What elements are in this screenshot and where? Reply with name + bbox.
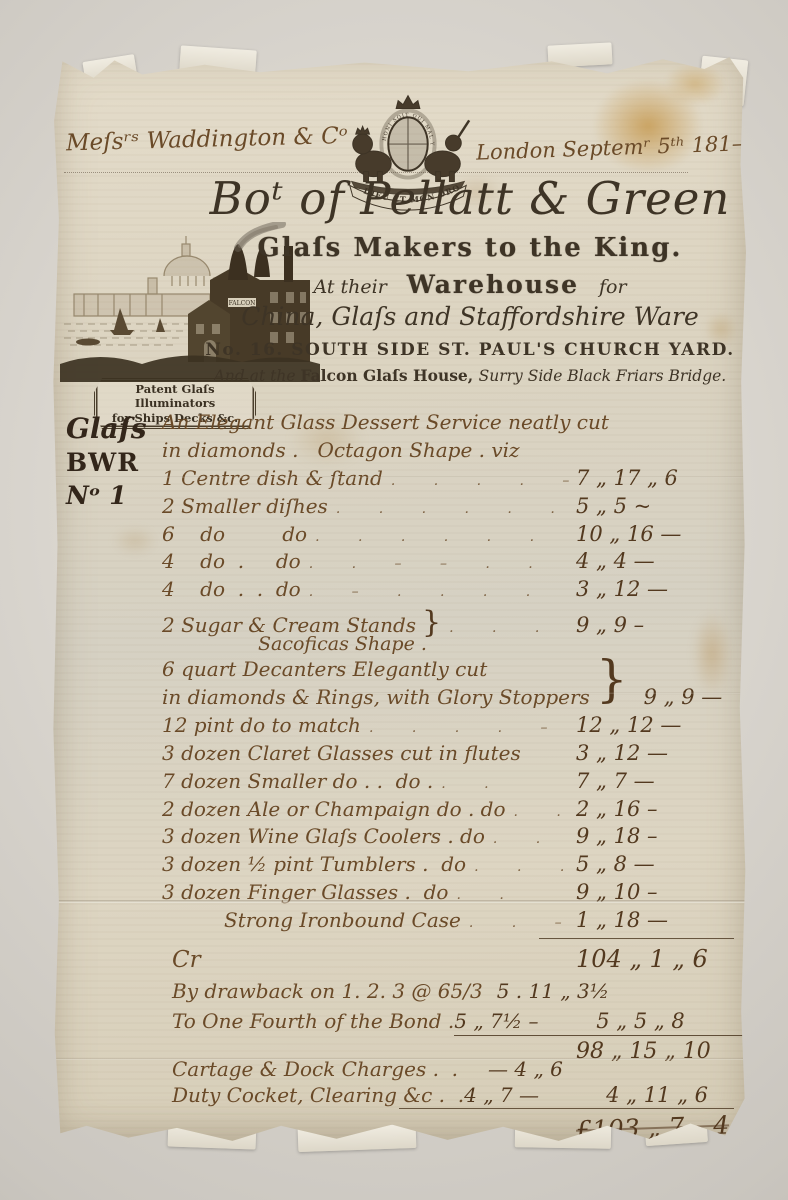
churchyard-address: No. 16. SOUTH SIDE ST. PAUL'S CHURCH YAR… xyxy=(198,340,742,360)
line-item: 3 dozen ½ pint Tumblers . do. . .5 „ 8 — xyxy=(162,852,734,880)
place-and-date: London Septemʳ 5ᵗʰ 181– xyxy=(476,131,743,164)
cartage-desc: Cartage & Dock Charges . . xyxy=(162,1057,458,1081)
stain xyxy=(112,526,158,556)
for-text: for xyxy=(599,276,627,298)
line-item: 2 dozen Ale or Champaign do . do. . .2 „… xyxy=(162,797,734,825)
at-their-text: At their xyxy=(313,276,386,298)
wares-line: China, Glaſs and Staffordshire Ware xyxy=(198,302,742,331)
item-amount: 5 „ 5 ~ xyxy=(576,494,734,518)
subtotal-amount: 104 „ 1 „ 6 xyxy=(576,945,734,973)
item-amount: 4 „ 4 — xyxy=(576,549,734,573)
item-desc: 1 Centre dish & ſtand xyxy=(162,466,383,490)
line-item: 2 Sugar & Cream Stands}. . . .9 „ 9 – xyxy=(162,605,734,633)
item-desc: 6 quart Decanters Elegantly cut xyxy=(162,657,487,681)
dot-leaders: . . – – . . xyxy=(301,556,576,572)
item-desc: An Elegant Glass Dessert Service neatly … xyxy=(162,410,609,434)
dot-leaders: . – . . . . xyxy=(301,584,576,600)
duty-desc: Duty Cocket, Clearing &c . . xyxy=(162,1083,464,1107)
photo-backdrop: Meſsʳˢ Waddington & Cᵒ London Septemʳ 5ᵗ… xyxy=(0,0,788,1200)
credit-label: Cr xyxy=(162,947,201,973)
line-item: Strong Ironbound Case. . – . .1 „ 18 — xyxy=(162,908,734,936)
dot-leaders: . . . . xyxy=(441,620,576,636)
line-item: in diamonds . Octagon Shape . viz xyxy=(162,438,734,466)
dot-leaders: . . – . . xyxy=(461,915,576,931)
item-amount: 7 „ 7 — xyxy=(576,769,734,793)
drawback-row: By drawback on 1. 2. 3 @ 65/3 5 . 11 „ 3… xyxy=(162,979,734,1009)
line-item: 3 dozen Wine Glaſs Coolers . do. .9 „ 18… xyxy=(162,824,734,852)
item-desc: 3 dozen Finger Glasses . do xyxy=(162,880,448,904)
margin-glass: Glaſs xyxy=(66,411,147,447)
item-desc: in diamonds & Rings, with Glory Stoppers xyxy=(162,685,590,709)
bond-mid-amount: 5 „ 7½ – xyxy=(454,1009,596,1033)
carried-row: 98 „ 15 „ 10 xyxy=(162,1039,734,1057)
bond-desc: To One Fourth of the Bond . xyxy=(162,1009,454,1033)
falcon-house-text: Falcon Glaſs House, xyxy=(300,366,478,385)
dot-leaders: . . . . . . xyxy=(307,529,576,545)
dot-leaders: . . . . – – xyxy=(361,720,576,736)
cartage-amount: — 4 „ 6 xyxy=(458,1057,630,1081)
item-amount: 7 „ 17 „ 6 xyxy=(576,466,734,490)
and-at-the-text: And at the xyxy=(214,367,301,385)
invoice-document: Meſsʳˢ Waddington & Cᵒ London Septemʳ 5ᵗ… xyxy=(52,56,746,1142)
item-desc: 2 Smaller diſhes xyxy=(162,494,328,518)
line-items: An Elegant Glass Dessert Service neatly … xyxy=(162,410,734,1147)
line-item: 4 do . do. . – – . .4 „ 4 — xyxy=(162,549,734,577)
bridge-text: Surry Side Black Friars Bridge. xyxy=(479,367,727,385)
line-item: in diamonds & Rings, with Glory Stoppers… xyxy=(162,685,734,713)
item-desc: in diamonds . Octagon Shape . viz xyxy=(162,438,520,462)
item-amount: 5 „ 8 — xyxy=(576,852,734,876)
bond-values: 5 „ 7½ – 5 „ 5 „ 8 xyxy=(454,1009,754,1036)
item-amount: 12 „ 12 — xyxy=(576,713,734,737)
dot-leaders: . . . . . . . xyxy=(328,501,576,517)
item-amount: 2 „ 16 – xyxy=(576,797,734,821)
drawback-desc: By drawback on 1. 2. 3 @ 65/3 xyxy=(162,979,483,1003)
dot-leaders: . . . . – – xyxy=(383,473,576,489)
grand-total-rule xyxy=(399,1108,734,1109)
item-desc: 3 dozen Claret Glasses cut in flutes xyxy=(162,741,521,765)
line-item: 2 Smaller diſhes. . . . . . .5 „ 5 ~ xyxy=(162,494,734,522)
warehouse-text: Warehouse xyxy=(407,270,579,299)
dot-leaders: . . xyxy=(433,776,576,792)
duty-amount: 4 „ 11 „ 6 xyxy=(606,1083,764,1107)
item-desc: 4 do . do xyxy=(162,549,301,573)
masthead: Boᵗ of Pellatt & Green Glaſs Makers to t… xyxy=(198,174,742,385)
falcon-address: And at the Falcon Glaſs House, Surry Sid… xyxy=(198,366,742,385)
item-desc: 3 dozen ½ pint Tumblers . do xyxy=(162,852,466,876)
bought-of-title: Boᵗ of Pellatt & Green xyxy=(198,174,742,224)
item-desc: 3 dozen Wine Glaſs Coolers . do xyxy=(162,824,485,848)
item-amount: 9 „ 18 – xyxy=(576,824,734,848)
item-desc: Sacoficas Shape . xyxy=(258,633,427,655)
line-item: 3 dozen Claret Glasses cut in flutes3 „ … xyxy=(162,741,734,769)
subtotal-rule xyxy=(539,938,734,939)
line-item: 6 do do. . . . . .10 „ 16 — xyxy=(162,522,734,550)
duty-row: Duty Cocket, Clearing &c . . 4 „ 7 — 4 „… xyxy=(162,1083,734,1107)
margin-bwr: BWR xyxy=(66,447,147,480)
item-amount: 9 „ 9 – xyxy=(576,613,734,637)
line-item: 4 do . . do. – . . . .3 „ 12 — xyxy=(162,577,734,605)
item-desc: Strong Ironbound Case xyxy=(224,908,461,932)
line-item: An Elegant Glass Dessert Service neatly … xyxy=(162,410,734,438)
dot-leaders: . . xyxy=(448,887,576,903)
drawback-amount: 5 . 11 „ 3½ xyxy=(483,979,639,1003)
bond-amount: 5 „ 5 „ 8 xyxy=(596,1009,754,1033)
item-amount: 9 „ 9 — xyxy=(644,685,788,709)
line-item: 3 dozen Finger Glasses . do. .9 „ 10 – xyxy=(162,880,734,908)
warehouse-line: At their Warehouse for xyxy=(198,270,742,299)
patent-line1: Patent Glaſs Illuminators xyxy=(99,382,251,411)
margin-number: Nᵒ 1 xyxy=(66,480,147,513)
line-item: 7 dozen Smaller do . . do .. .7 „ 7 — xyxy=(162,769,734,797)
glass-makers-subtitle: Glaſs Makers to the King. xyxy=(198,233,742,263)
bond-row: To One Fourth of the Bond . 5 „ 7½ – 5 „… xyxy=(162,1009,734,1039)
item-amount: 3 „ 12 — xyxy=(576,741,734,765)
item-desc: 12 pint do to match xyxy=(162,713,361,737)
item-amount: 1 „ 18 — xyxy=(576,908,734,932)
dot-leaders: . . xyxy=(485,831,576,847)
line-item: 12 pint do to match. . . . – –12 „ 12 — xyxy=(162,713,734,741)
item-amount: 9 „ 10 – xyxy=(576,880,734,904)
subtotal-row: Cr 104 „ 1 „ 6 xyxy=(162,945,734,979)
line-item: 1 Centre dish & ſtand. . . . – –7 „ 17 „… xyxy=(162,466,734,494)
margin-annotation: Glaſs BWR Nᵒ 1 xyxy=(66,411,147,512)
dot-leaders: . . . xyxy=(506,804,576,820)
item-desc: 7 dozen Smaller do . . do . xyxy=(162,769,433,793)
stain xyxy=(664,62,726,106)
item-desc: 4 do . . do xyxy=(162,577,301,601)
crown-icon xyxy=(396,96,420,109)
item-desc: 2 dozen Ale or Champaign do . do xyxy=(162,797,506,821)
line-item: 6 quart Decanters Elegantly cut xyxy=(162,657,734,685)
item-amount: 10 „ 16 — xyxy=(576,522,734,546)
duty-mid-amount: 4 „ 7 — xyxy=(464,1083,606,1107)
item-desc: 6 do do xyxy=(162,522,307,546)
item-amount: 3 „ 12 — xyxy=(576,577,734,601)
dot-leaders: . . . xyxy=(466,859,576,875)
